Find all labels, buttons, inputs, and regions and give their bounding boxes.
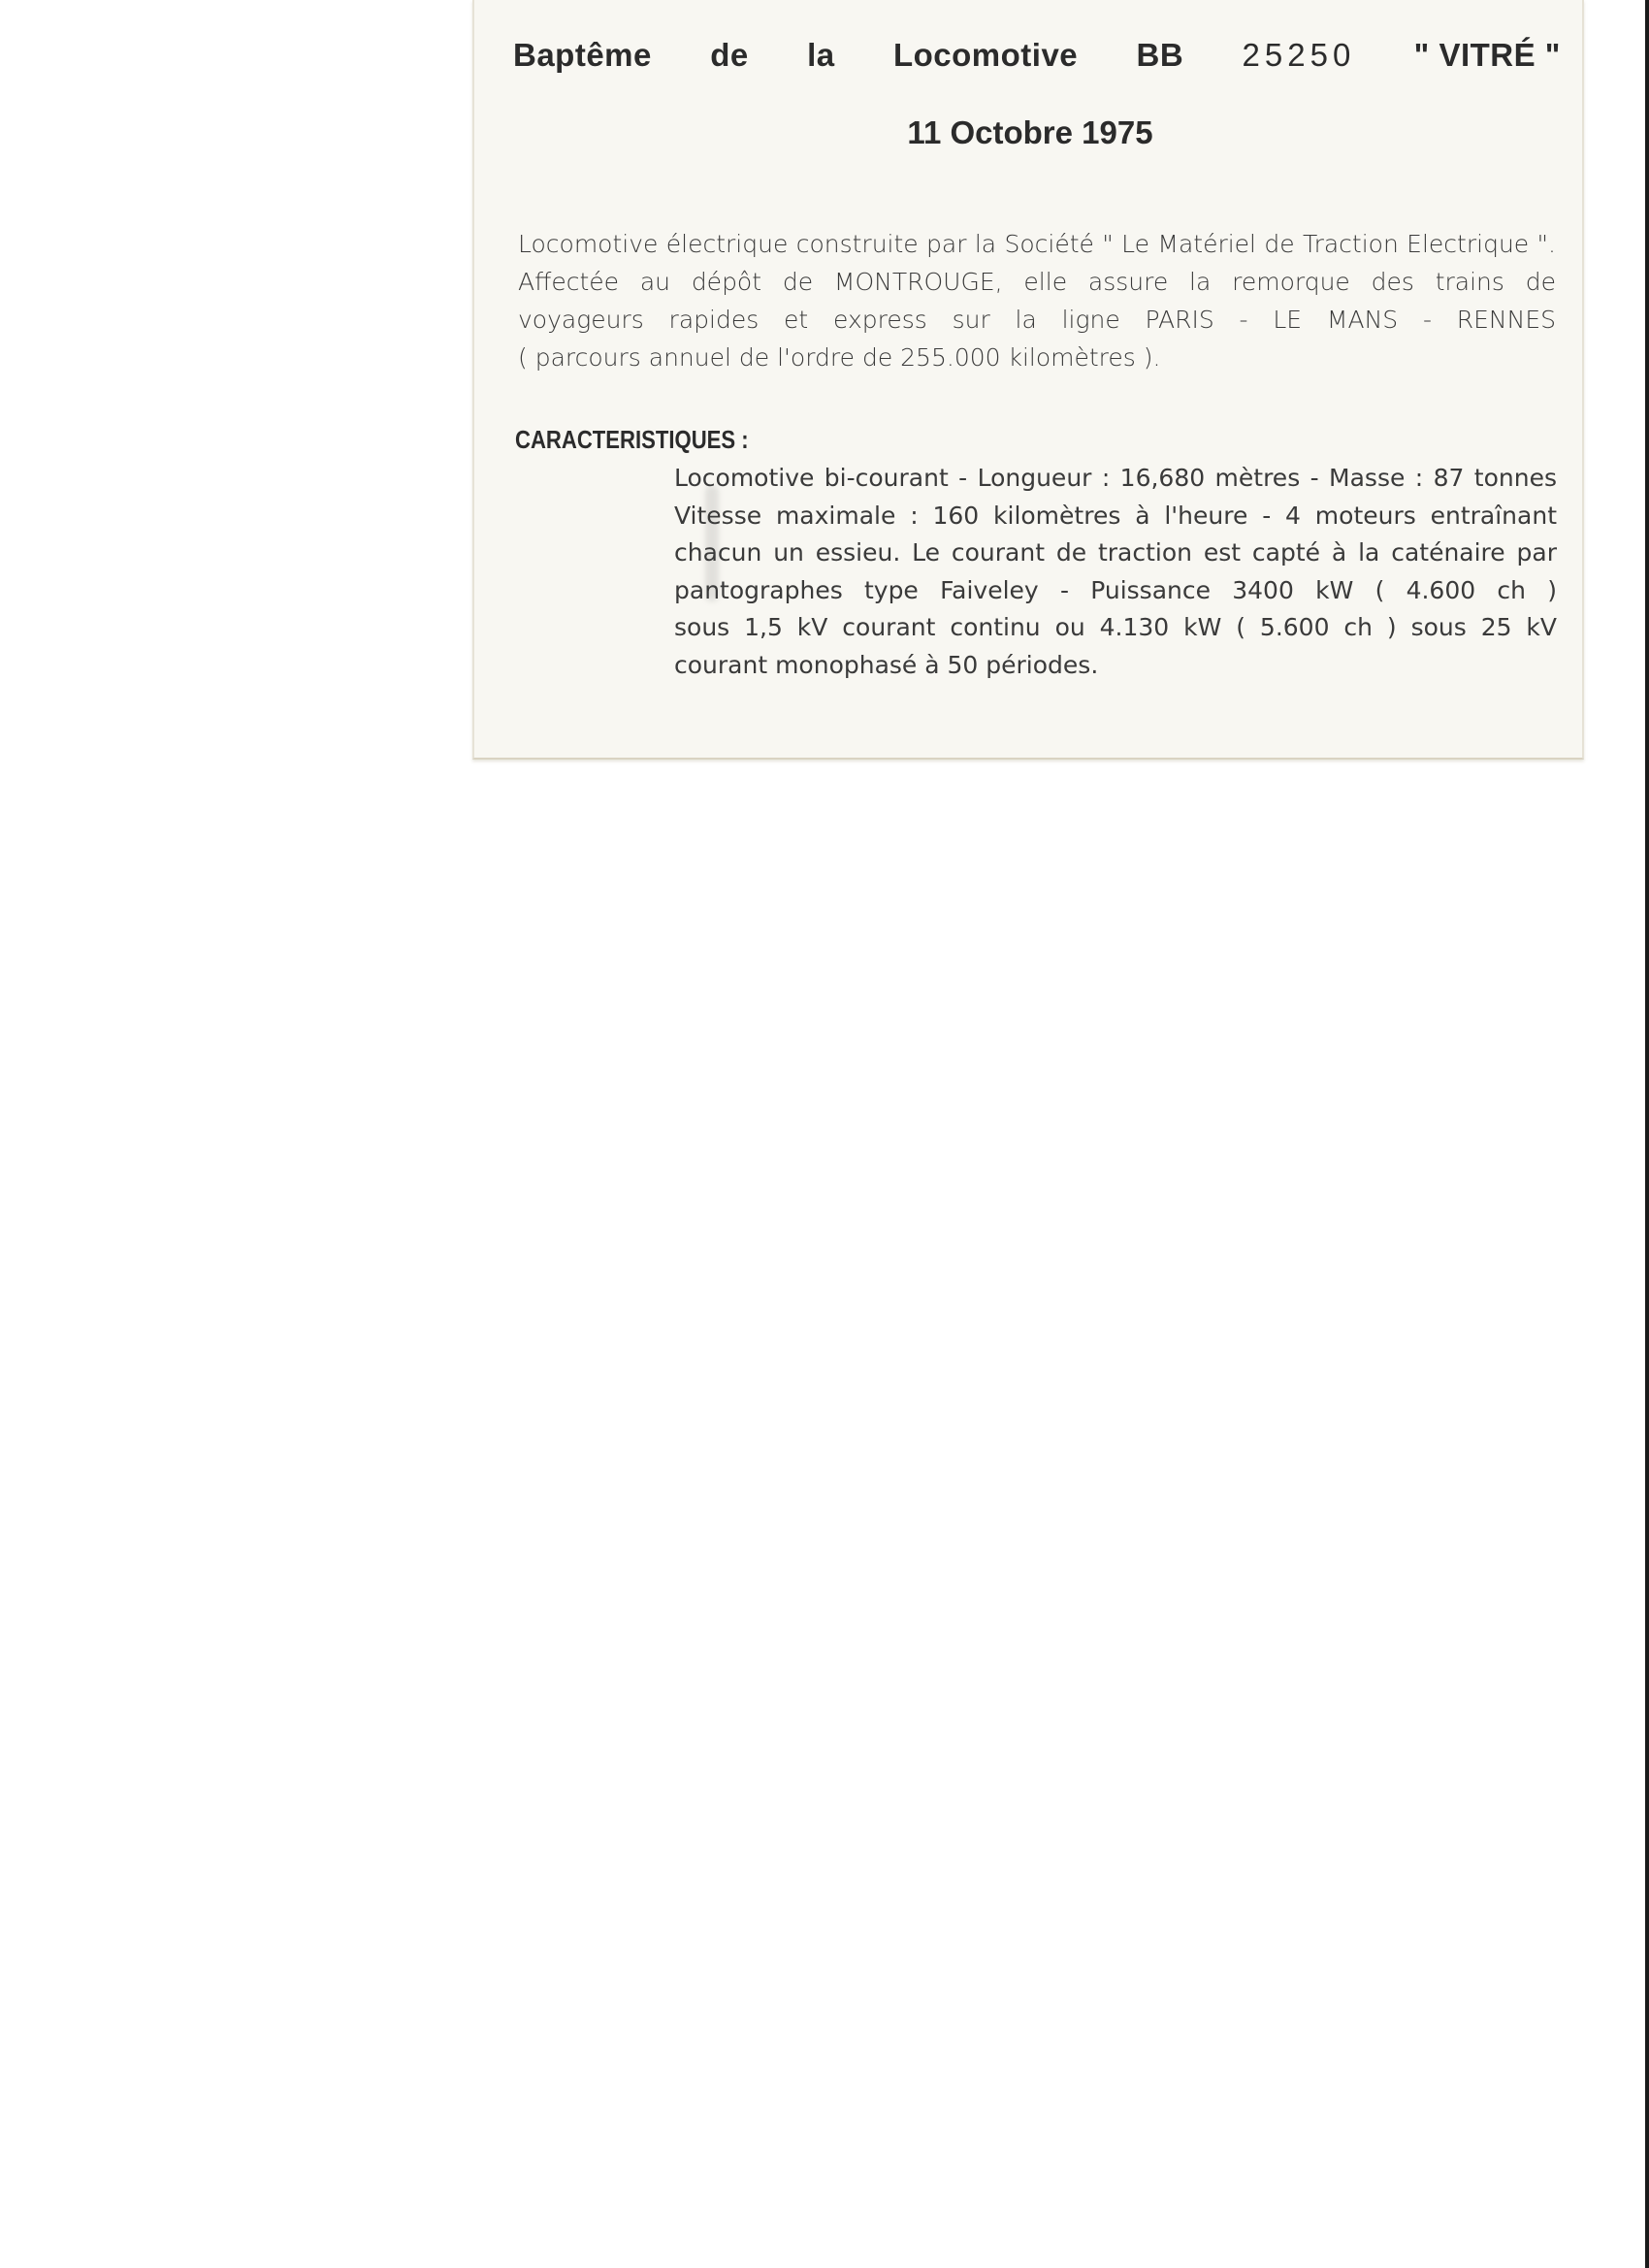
characteristics-heading: CARACTERISTIQUES : — [515, 425, 749, 455]
title-word: BB — [1137, 37, 1184, 74]
title-word: de — [710, 37, 749, 74]
document-title: Baptême de la Locomotive BB 25250 " VITR… — [513, 37, 1561, 74]
spec-line: chacun un essieu. Le courant de traction… — [674, 535, 1557, 572]
title-word: Baptême — [513, 37, 652, 74]
spec-line: sous 1,5 kV courant continu ou 4.130 kW … — [674, 609, 1557, 647]
locomotive-number: 25250 — [1243, 37, 1356, 74]
characteristics-paragraph: Locomotive bi-courant - Longueur : 16,68… — [674, 460, 1557, 684]
intro-line: ( parcours annuel de l'ordre de 255.000 … — [518, 339, 1556, 376]
document-card: Baptême de la Locomotive BB 25250 " VITR… — [472, 0, 1584, 760]
locomotive-name: " VITRÉ " — [1414, 37, 1561, 74]
intro-line: Locomotive électrique construite par la … — [518, 225, 1556, 263]
intro-paragraph: Locomotive électrique construite par la … — [518, 225, 1556, 376]
spec-line: Locomotive bi-courant - Longueur : 16,68… — [674, 460, 1557, 498]
title-word: Locomotive — [893, 37, 1078, 74]
title-word: la — [807, 37, 835, 74]
document-date: 11 Octobre 1975 — [474, 114, 1586, 151]
spec-line: courant monophasé à 50 périodes. — [674, 647, 1557, 685]
spec-line: pantographes type Faiveley - Puissance 3… — [674, 572, 1557, 610]
intro-line: voyageurs rapides et express sur la lign… — [518, 301, 1556, 339]
spec-line: Vitesse maximale : 160 kilomètres à l'he… — [674, 498, 1557, 535]
intro-line: Affectée au dépôt de MONTROUGE, elle ass… — [518, 263, 1556, 301]
scan-edge — [1645, 0, 1649, 2268]
